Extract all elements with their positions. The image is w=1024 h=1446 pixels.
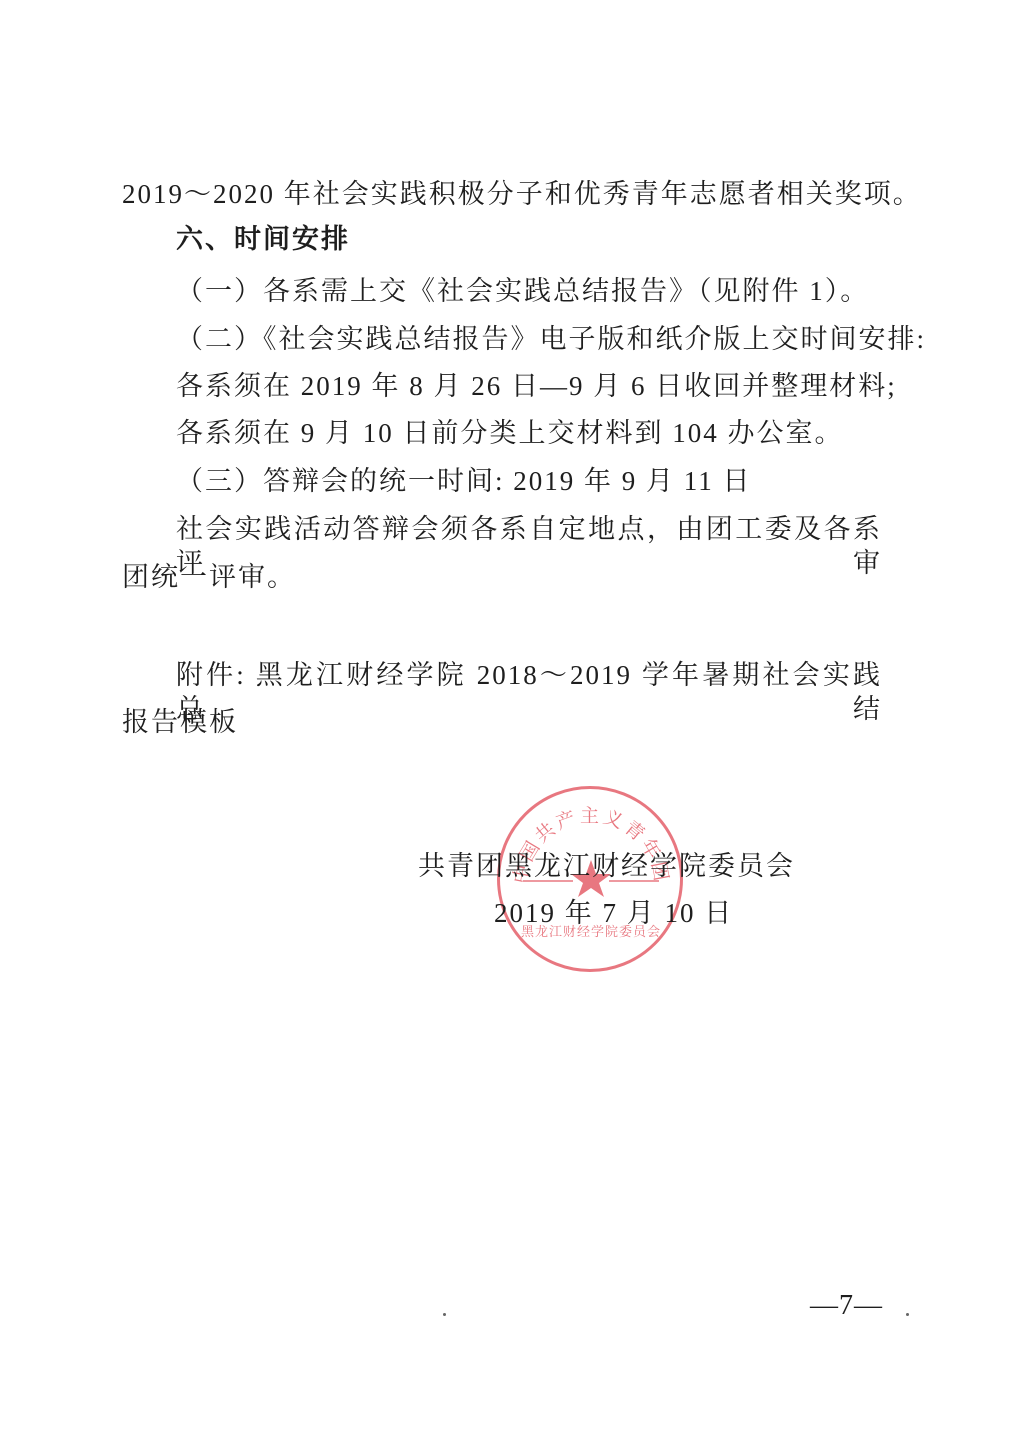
schedule-item-1: （一）各系需上交《社会实践总结报告》（见附件 1）。 (176, 274, 869, 308)
schedule-item-3: （三）答辩会的统一时间: 2019 年 9 月 11 日 (176, 464, 752, 498)
page-number: —7— (810, 1290, 883, 1322)
scan-speck (443, 1313, 446, 1316)
schedule-item-3-detail-cont: 团统一评审。 (122, 560, 296, 594)
schedule-item-2-detail-1: 各系须在 2019 年 8 月 26 日—9 月 6 日收回并整理材料; (176, 369, 897, 403)
schedule-item-2-detail-2: 各系须在 9 月 10 日前分类上交材料到 104 办公室。 (176, 416, 844, 450)
scan-speck (906, 1313, 909, 1316)
attachment-line-1: 附件: 黑龙江财经学院 2018～2019 学年暑期社会实践总结 (176, 658, 882, 726)
signature-date: 2019 年 7 月 10 日 (494, 896, 733, 930)
section-heading-schedule: 六、时间安排 (176, 223, 350, 257)
signature-organization: 共青团黑龙江财经学院委员会 (418, 849, 795, 883)
paragraph-continuation: 2019～2020 年社会实践积极分子和优秀青年志愿者相关奖项。 (122, 177, 922, 211)
document-page: 2019～2020 年社会实践积极分子和优秀青年志愿者相关奖项。 六、时间安排 … (0, 0, 1024, 1446)
attachment-line-2: 报告模板 (122, 705, 238, 739)
schedule-item-2: （二）《社会实践总结报告》电子版和纸介版上交时间安排: (176, 322, 926, 356)
